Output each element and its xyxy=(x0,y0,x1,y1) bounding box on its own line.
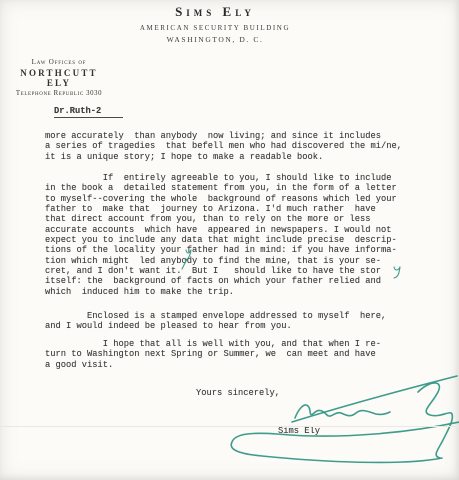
letterhead-building: American Security Building xyxy=(90,24,340,32)
body-paragraph-4: I hope that all is well with you, and th… xyxy=(45,339,381,370)
page-label: Dr.Ruth-2 xyxy=(54,106,123,118)
law-offices-line: Law Offices of xyxy=(7,58,111,66)
ink-mark-story-y: y xyxy=(393,264,404,285)
law-offices-name: NORTHCUTT ELY xyxy=(7,68,111,88)
letterhead: Sims Ely American Security Building Wash… xyxy=(90,4,340,44)
law-offices-stamp: Law Offices of NORTHCUTT ELY Telephone R… xyxy=(7,58,111,97)
signature-ink xyxy=(222,368,459,479)
scan-artifact-line xyxy=(0,426,459,427)
letterhead-name: Sims Ely xyxy=(90,4,340,20)
letter-page: Sims Ely American Security Building Wash… xyxy=(0,0,459,480)
body-paragraph-3: Enclosed is a stamped envelope addressed… xyxy=(45,311,386,332)
body-paragraph-1: more accurately than anybody now living;… xyxy=(45,131,402,162)
law-offices-phone: Telephone Republic 3030 xyxy=(7,90,111,97)
ink-mark-led xyxy=(180,258,189,276)
letterhead-city: Washington, D. C. xyxy=(90,35,340,44)
body-paragraph-2: If entirely agreeable to you, I should l… xyxy=(45,173,397,297)
